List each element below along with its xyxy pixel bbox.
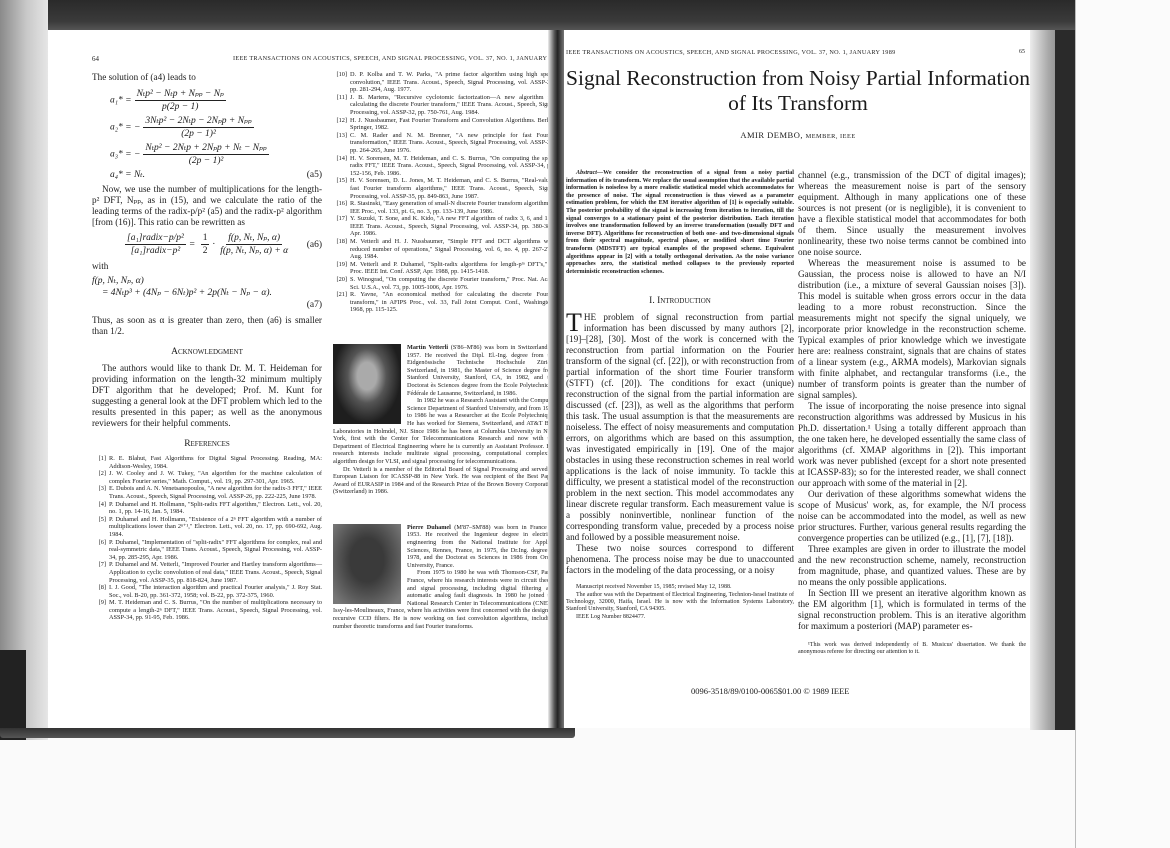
reference-item: [5]P. Duhamel and H. Hollmann, "Existenc… — [92, 516, 322, 539]
paper-author: AMIR DEMBO, MEMBER, IEEE — [564, 130, 1032, 140]
reference-item: [20]S. Winograd, "On computing the discr… — [333, 276, 555, 291]
drop-cap: T — [566, 313, 582, 333]
right-page-right-column: channel (e.g., transmission of the DCT o… — [798, 170, 1026, 657]
reference-item: [16]R. Stasinski, "Easy generation of sm… — [333, 200, 555, 215]
reference-item: [1]R. E. Blahut, Fast Algorithms for Dig… — [92, 455, 322, 470]
eq-a2-num: 3Nₜp² − 2Nₜp − 2Nₚp + Nₚₚ — [143, 115, 253, 128]
with-text: with — [92, 261, 322, 272]
eq-label-a7: (a7) — [92, 299, 322, 311]
reference-item: [21]R. Yavne, "An economical method for … — [333, 291, 555, 314]
col2-paragraph-2: Whereas the measurement noise is assumed… — [798, 258, 1026, 401]
left-page: 64 IEEE TRANSACTIONS ON ACOUSTICS, SPEEC… — [48, 30, 548, 728]
book-gutter — [548, 30, 564, 730]
references-list-2: [10]D. P. Kolba and T. W. Parks, "A prim… — [333, 71, 555, 314]
scan-blank-margin — [1075, 0, 1170, 848]
reference-item: [11]J. B. Martens, "Recursive cyclotomic… — [333, 94, 555, 117]
eq-a3-num: Nₜp² − 2Nₜp + 2Nₚp + Nₜ − Nₚₚ — [143, 142, 268, 155]
eq-a4: a₄* = Nₜ. — [110, 169, 145, 181]
bio-name: Pierre Duhamel — [407, 524, 451, 531]
left-page-right-column: [10]D. P. Kolba and T. W. Parks, "A prim… — [333, 71, 555, 726]
reference-item: [17]Y. Suzuki, T. Sone, and K. Kido, "A … — [333, 215, 555, 238]
eq-a6-half: 12 — [201, 232, 210, 257]
eq-a6-half-den: 2 — [203, 245, 208, 257]
bio-name: Martin Vetterli — [407, 344, 448, 351]
paragraph-conclusion: Thus, as soon as α is greater than zero,… — [92, 315, 322, 337]
introduction-heading: I. Introduction — [566, 296, 794, 307]
eq-a7-line1: f(p, Nₜ, Nₚ, α) — [92, 275, 322, 287]
eq-label-a6: (a6) — [307, 239, 322, 251]
eq-a1-fraction: Nₜp² − Nₜp + Nₚₚ − Nₚp(2p − 1) — [135, 88, 226, 113]
paper-title-line2: of Its Transform — [564, 91, 1032, 116]
scan-border-left — [0, 0, 48, 740]
author-bio-vetterli: Martin Vetterli (S'86–M'86) was born in … — [333, 344, 555, 496]
reference-item: [7]P. Duhamel and M. Vetterli, "Improved… — [92, 561, 322, 584]
eq-a6-lhs-num: [a₁]radix−p/p² — [125, 232, 186, 245]
paragraph-ratio: Now, we use the number of multiplication… — [92, 184, 322, 228]
eq-a6-half-num: 1 — [201, 232, 210, 245]
right-page: IEEE TRANSACTIONS ON ACOUSTICS, SPEECH, … — [564, 30, 1032, 728]
abstract-text: We consider the reconstruction of a sign… — [566, 170, 794, 275]
copyright-line: 0096-3518/89/0100-0065$01.00 © 1989 IEEE — [691, 686, 850, 696]
references-heading: References — [92, 439, 322, 450]
author-name: AMIR DEMBO, — [740, 130, 803, 140]
intro-p1-text: HE problem of signal reconstruction from… — [566, 312, 794, 542]
footnote-line: The author was with the Department of El… — [566, 592, 794, 614]
intro-line: The solution of (a4) leads to — [92, 72, 322, 83]
eq-a1-lhs: a₁* = — [110, 96, 132, 106]
reference-item: [3]E. Dubois and A. N. Venetsanopoulos, … — [92, 485, 322, 500]
author-bio-duhamel: Pierre Duhamel (M'87–SM'88) was born in … — [333, 524, 555, 630]
eq-a2-fraction: 3Nₜp² − 2Nₜp − 2Nₚp + Nₚₚ(2p − 1)² — [143, 115, 253, 140]
manuscript-footnote: Manuscript received November 15, 1985; r… — [566, 584, 794, 620]
eq-a1-num: Nₜp² − Nₜp + Nₚₚ − Nₚ — [135, 88, 226, 101]
abstract: Abstract—We consider the reconstruction … — [566, 170, 794, 276]
equation-a6: [a₁]radix−p/p²[a₁]radix−p²= 12· f(p, Nₜ,… — [122, 232, 322, 257]
eq-a6-lhs-den: [a₁]radix−p² — [131, 245, 181, 257]
eq-a2-lhs: a₂* = − — [110, 123, 140, 133]
eq-a2-den: (2p − 1)² — [181, 128, 216, 140]
reference-item: [4]P. Duhamel and H. Hollmann, "Split-ra… — [92, 501, 322, 516]
acknowledgment-heading: Acknowledgment — [92, 347, 322, 358]
author-photo-duhamel — [333, 524, 401, 604]
author-photo-vetterli — [333, 344, 401, 424]
running-head-left: IEEE TRANSACTIONS ON ACOUSTICS, SPEECH, … — [233, 55, 553, 62]
eq-a3-den: (2p − 1)² — [189, 155, 224, 167]
equation-block-a5: a₁* =Nₜp² − Nₜp + Nₚₚ − Nₚp(2p − 1) a₂* … — [110, 88, 322, 181]
col2-paragraph-4: Our derivation of these algorithms somew… — [798, 489, 1026, 544]
page-number-right: 65 — [1019, 49, 1025, 55]
scan-shadow-right — [1055, 30, 1075, 730]
reference-item: [13]C. M. Rader and N. M. Brenner, "A ne… — [333, 132, 555, 155]
scan-border-bottom — [0, 728, 575, 738]
reference-item: [15]H. V. Sorensen, D. L. Jones, M. T. H… — [333, 177, 555, 200]
acknowledgment-text: The authors would like to thank Dr. M. T… — [92, 363, 322, 429]
reference-item: [2]J. W. Cooley and J. W. Tukey, "An alg… — [92, 470, 322, 485]
eq-label-a5: (a5) — [307, 169, 322, 181]
eq-a3-fraction: Nₜp² − 2Nₜp + 2Nₚp + Nₜ − Nₚₚ(2p − 1)² — [143, 142, 268, 167]
eq-a6-rhs-den: f(p, Nₜ, Nₚ, α) + α — [220, 245, 288, 257]
right-page-left-column: Abstract—We consider the reconstruction … — [566, 170, 794, 621]
footnote-musicus: ¹This work was derived independently of … — [798, 642, 1026, 657]
footnote-line: Manuscript received November 15, 1985; r… — [566, 584, 794, 591]
reference-item: [18]M. Vetterli and H. J. Nussbaumer, "S… — [333, 238, 555, 261]
reference-item: [6]P. Duhamel, "Implementation of "split… — [92, 539, 322, 562]
footnote-line: IEEE Log Number 8824477. — [566, 614, 794, 621]
page-number-left: 64 — [92, 55, 99, 63]
col2-paragraph-3: The issue of incorporating the noise pre… — [798, 401, 1026, 489]
scan-shadow-left — [0, 650, 26, 740]
intro-paragraph-1: THE problem of signal reconstruction fro… — [566, 312, 794, 543]
col2-paragraph-6: In Section III we present an iterative a… — [798, 588, 1026, 632]
col2-paragraph-5: Three examples are given in order to ill… — [798, 544, 1026, 588]
eq-a7-line2: = 4Nₜp³ + (4Nₚ − 6Nₜ)p² + 2p(Nₜ − Nₚ − α… — [102, 287, 322, 299]
reference-item: [9]M. T. Heideman and C. S. Burrus, "On … — [92, 599, 322, 622]
left-column: The solution of (a4) leads to a₁* =Nₜp² … — [92, 72, 322, 622]
reference-item: [8]I. J. Good, "The interaction algorith… — [92, 584, 322, 599]
eq-a1-den: p(2p − 1) — [162, 101, 199, 113]
paper-title: Signal Reconstruction from Noisy Partial… — [564, 66, 1032, 116]
author-membership: MEMBER, IEEE — [806, 133, 856, 140]
bio-text: (S'86–M'86) was born in Switzerland in 1… — [407, 344, 555, 397]
bio-text: (M'87–SM'88) was born in France in 1953.… — [407, 524, 555, 569]
running-head-right: IEEE TRANSACTIONS ON ACOUSTICS, SPEECH, … — [566, 49, 895, 56]
scan-border-top — [0, 0, 1100, 30]
reference-item: [10]D. P. Kolba and T. W. Parks, "A prim… — [333, 71, 555, 94]
reference-item: [19]M. Vetterli and P. Duhamel, "Split-r… — [333, 261, 555, 276]
references-list-1: [1]R. E. Blahut, Fast Algorithms for Dig… — [92, 455, 322, 622]
col2-paragraph-1: channel (e.g., transmission of the DCT o… — [798, 170, 1026, 258]
paper-title-line1: Signal Reconstruction from Noisy Partial… — [564, 66, 1032, 91]
eq-a6-rhs-num: f(p, Nₜ, Nₚ, α) — [226, 232, 282, 245]
intro-paragraph-2: These two noise sources correspond to di… — [566, 543, 794, 576]
eq-a6-rhs: f(p, Nₜ, Nₚ, α)f(p, Nₜ, Nₚ, α) + α — [220, 232, 288, 257]
abstract-label: Abstract— — [576, 170, 603, 176]
eq-a6-lhs: [a₁]radix−p/p²[a₁]radix−p² — [125, 232, 186, 257]
reference-item: [12]H. J. Nussbaumer, Fast Fourier Trans… — [333, 117, 555, 132]
eq-a3-lhs: a₃* = − — [110, 150, 140, 160]
reference-item: [14]H. V. Sorensen, M. T. Heideman, and … — [333, 155, 555, 178]
bio-text-3: Dr. Vetterli is a member of the Editoria… — [333, 466, 555, 496]
equation-a7: f(p, Nₜ, Nₚ, α) = 4Nₜp³ + (4Nₚ − 6Nₜ)p² … — [92, 275, 322, 311]
